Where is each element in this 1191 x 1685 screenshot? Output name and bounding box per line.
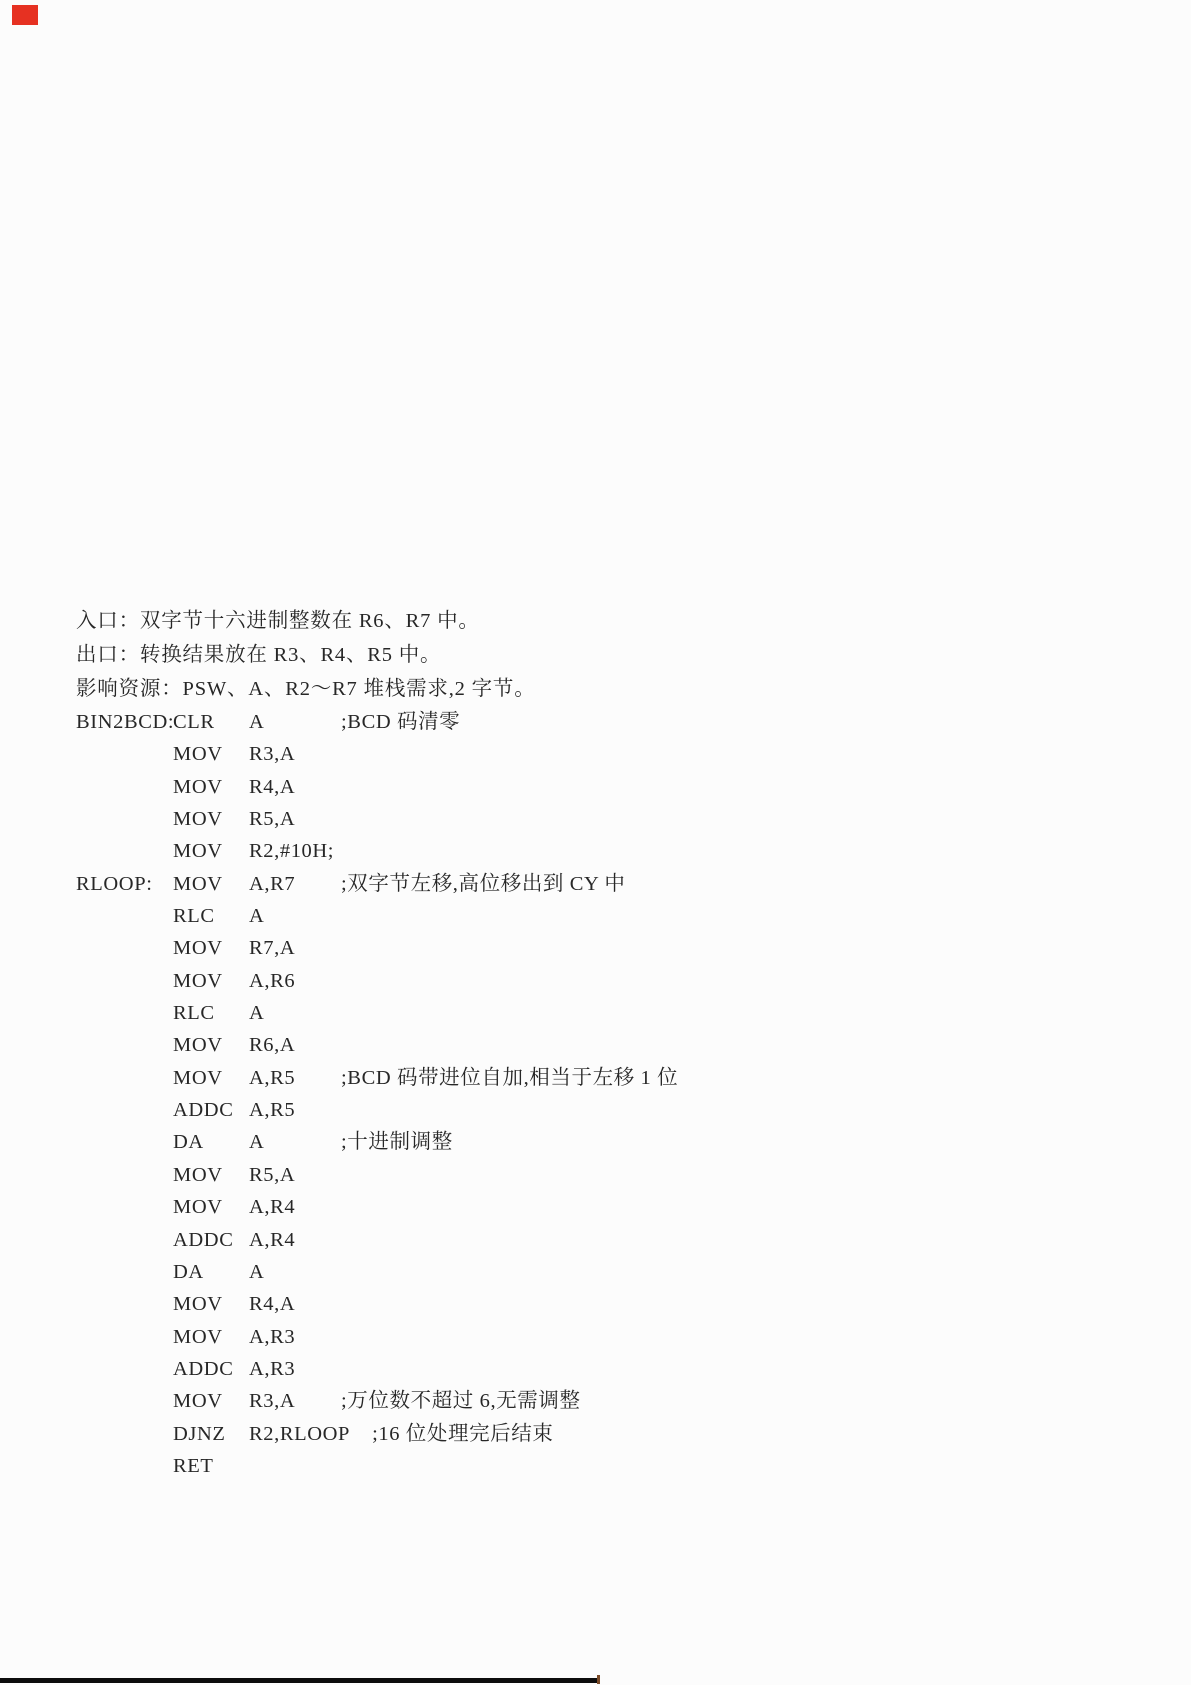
code-label [76,1256,173,1288]
code-operand: R6,A [249,1029,319,1061]
code-operand: R7,A [249,932,319,964]
code-operand: A,R3 [249,1321,319,1353]
code-line: ADDCA,R3 [76,1353,1116,1385]
code-label [76,1353,173,1385]
code-opcode: RLC [173,997,249,1029]
code-line: ADDCA,R5 [76,1094,1116,1126]
code-operand: A [249,1126,319,1158]
code-line: MOVA,R6 [76,965,1116,997]
code-operand: A [249,900,319,932]
code-comment: ;BCD 码清零 [341,706,460,738]
code-comment: ;十进制调整 [341,1126,453,1158]
code-operand: A,R7 [249,868,319,900]
header-line: 影响资源：PSW、A、R2～R7 堆栈需求,2 字节。 [76,672,1116,706]
header-lines: 入口：双字节十六进制整数在 R6、R7 中。出口：转换结果放在 R3、R4、R5… [76,604,1116,706]
code-line: MOVR4,A [76,1288,1116,1320]
code-line: MOVR5,A [76,803,1116,835]
code-opcode: ADDC [173,1353,249,1385]
code-operand: R2,RLOOP [249,1418,350,1450]
code-line: DJNZR2,RLOOP;16 位处理完后结束 [76,1418,1116,1450]
code-line: DAA [76,1256,1116,1288]
code-opcode: MOV [173,1191,249,1223]
code-line: DAA;十进制调整 [76,1126,1116,1158]
code-label: RLOOP: [76,868,173,900]
code-opcode: MOV [173,835,249,867]
code-line: ADDCA,R4 [76,1224,1116,1256]
code-line: RET [76,1450,1116,1482]
code-operand: R2,#10H; [249,835,334,867]
code-opcode: MOV [173,1288,249,1320]
code-operand: A,R4 [249,1191,319,1223]
code-opcode: MOV [173,803,249,835]
code-label [76,803,173,835]
code-operand: R4,A [249,1288,319,1320]
code-operand: R5,A [249,803,319,835]
code-comment: ;双字节左移,高位移出到 CY 中 [341,868,626,900]
code-operand: R3,A [249,1385,319,1417]
code-comment: ;16 位处理完后结束 [372,1418,553,1450]
scan-footer-tick-artifact [597,1675,600,1684]
code-line: RLCA [76,900,1116,932]
code-label [76,1418,173,1450]
scan-red-artifact [12,5,38,25]
code-line: MOVA,R5;BCD 码带进位自加,相当于左移 1 位 [76,1062,1116,1094]
code-label [76,771,173,803]
code-label [76,1094,173,1126]
code-label [76,900,173,932]
code-comment: ;万位数不超过 6,无需调整 [341,1385,581,1417]
assembly-code-listing: BIN2BCD:CLRA;BCD 码清零MOVR3,AMOVR4,AMOVR5,… [76,706,1116,1482]
document-content: 入口：双字节十六进制整数在 R6、R7 中。出口：转换结果放在 R3、R4、R5… [76,604,1116,1482]
code-line: MOVA,R3 [76,1321,1116,1353]
code-label: BIN2BCD: [76,706,173,738]
code-line: MOVR6,A [76,1029,1116,1061]
code-opcode: MOV [173,1321,249,1353]
header-line: 入口：双字节十六进制整数在 R6、R7 中。 [76,604,1116,638]
code-opcode: RET [173,1450,249,1482]
header-line: 出口：转换结果放在 R3、R4、R5 中。 [76,638,1116,672]
code-operand: A,R6 [249,965,319,997]
code-line: MOVR5,A [76,1159,1116,1191]
code-opcode: CLR [173,706,249,738]
code-label [76,1288,173,1320]
code-opcode: MOV [173,1062,249,1094]
scan-footer-bar-artifact [0,1678,597,1683]
code-opcode: RLC [173,900,249,932]
code-label [76,835,173,867]
code-operand: A,R5 [249,1062,319,1094]
code-label [76,997,173,1029]
code-opcode: MOV [173,965,249,997]
code-label [76,1321,173,1353]
scanned-document-page: 入口：双字节十六进制整数在 R6、R7 中。出口：转换结果放在 R3、R4、R5… [0,0,1191,1685]
code-opcode: MOV [173,771,249,803]
code-opcode: MOV [173,868,249,900]
code-operand: A,R3 [249,1353,319,1385]
code-opcode: ADDC [173,1224,249,1256]
code-operand: A,R4 [249,1224,319,1256]
code-label [76,1385,173,1417]
code-label [76,965,173,997]
code-label [76,738,173,770]
code-label [76,1062,173,1094]
code-label [76,1126,173,1158]
code-label [76,1029,173,1061]
code-operand: A [249,706,319,738]
code-opcode: ADDC [173,1094,249,1126]
code-opcode: DJNZ [173,1418,249,1450]
code-line: MOVR4,A [76,771,1116,803]
code-line: MOVA,R4 [76,1191,1116,1223]
code-label [76,1224,173,1256]
code-opcode: MOV [173,1029,249,1061]
code-label [76,1450,173,1482]
code-line: MOVR3,A [76,738,1116,770]
code-line: RLOOP:MOVA,R7;双字节左移,高位移出到 CY 中 [76,868,1116,900]
code-opcode: MOV [173,738,249,770]
code-label [76,1159,173,1191]
code-operand [249,1450,319,1482]
code-operand: R3,A [249,738,319,770]
code-line: RLCA [76,997,1116,1029]
code-operand: A,R5 [249,1094,319,1126]
code-operand: R5,A [249,1159,319,1191]
code-label [76,1191,173,1223]
code-opcode: DA [173,1126,249,1158]
code-comment: ;BCD 码带进位自加,相当于左移 1 位 [341,1062,678,1094]
code-line: MOVR2,#10H; [76,835,1116,867]
code-opcode: MOV [173,932,249,964]
code-line: MOVR3,A;万位数不超过 6,无需调整 [76,1385,1116,1417]
code-operand: R4,A [249,771,319,803]
code-opcode: MOV [173,1159,249,1191]
code-line: BIN2BCD:CLRA;BCD 码清零 [76,706,1116,738]
code-opcode: DA [173,1256,249,1288]
code-opcode: MOV [173,1385,249,1417]
code-line: MOVR7,A [76,932,1116,964]
code-operand: A [249,1256,319,1288]
code-label [76,932,173,964]
code-operand: A [249,997,319,1029]
